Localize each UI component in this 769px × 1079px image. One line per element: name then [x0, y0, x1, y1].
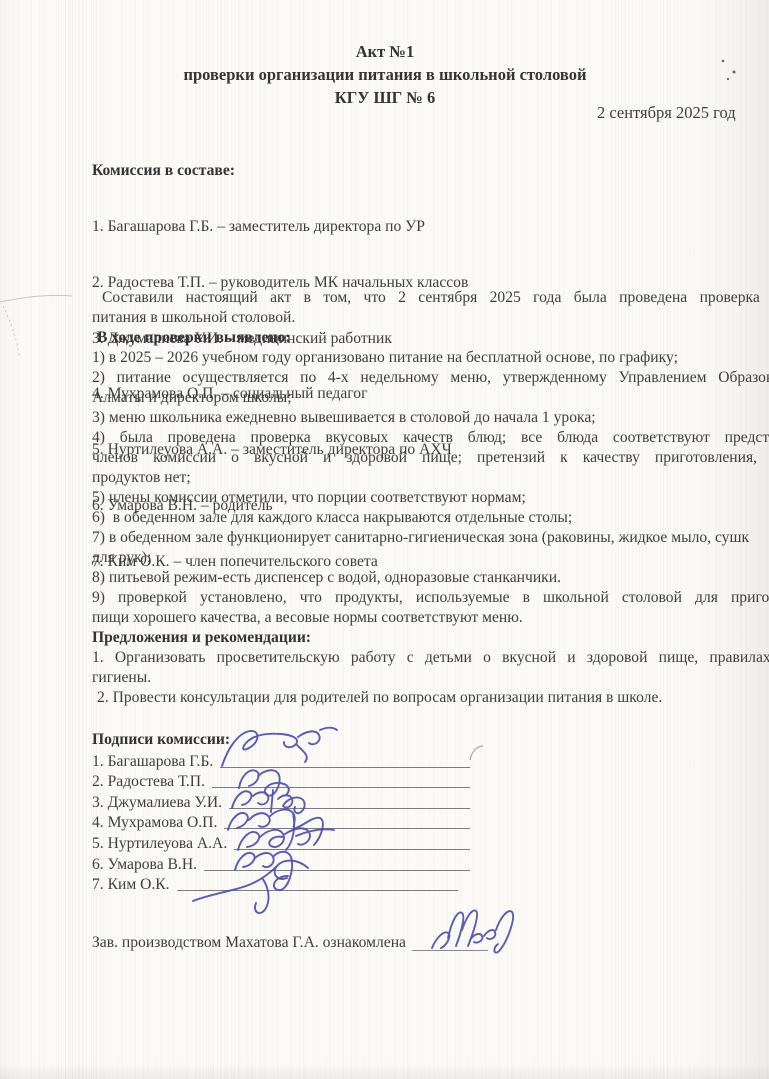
finding-line: 5) члены комиссии отметили, что порции с…	[92, 488, 769, 508]
signer-name: 1. Багашарова Г.Б.	[92, 753, 213, 771]
recommendation-line: гигиены.	[92, 668, 769, 688]
signature-row: 4. Мухрамова О.П.	[92, 812, 470, 833]
signature-row: 7. Ким О.К.	[92, 874, 470, 895]
commission-member: 1. Багашарова Г.Б. – заместитель директо…	[92, 218, 468, 237]
act-number-title: Акт №1	[0, 40, 769, 63]
signatures-title: Подписи комиссии:	[92, 729, 470, 750]
document-date: 2 сентября 2025 год	[597, 103, 736, 123]
finding-line: пищи хорошего качества, а весовые нормы …	[92, 608, 769, 628]
finding-line: Алматы и директором школы;	[92, 388, 769, 408]
findings-title: В ходе проверки выявлено:	[92, 328, 769, 348]
act-subtitle: проверки организации питания в школьной …	[0, 63, 769, 86]
finding-line: 9) проверкой установлено, что продукты, …	[92, 588, 769, 608]
signature-line	[229, 807, 470, 809]
document-header: Акт №1 проверки организации питания в шк…	[0, 40, 769, 109]
finding-line: 6) в обеденном зале для каждого класса н…	[92, 508, 769, 528]
signature-row: 1. Багашарова Г.Б.	[92, 750, 470, 771]
finding-line: 8) питьевой режим-есть диспенсер с водой…	[92, 568, 769, 588]
signature-line	[177, 889, 458, 891]
finding-line: 4) была проведена проверка вкусовых каче…	[92, 428, 769, 448]
finding-line: 7) в обеденном зале функционирует санита…	[92, 528, 769, 548]
acknowledgement-row: Зав. производством Махатова Г.А. ознаком…	[92, 932, 488, 952]
signer-name: 4. Мухрамова О.П.	[92, 814, 217, 832]
recommendation-line: 1. Организовать просветительскую работу …	[92, 648, 769, 668]
signature-line	[204, 869, 470, 871]
intro-line: питания в школьной столовой.	[92, 308, 769, 328]
commission-title: Комиссия в составе:	[92, 162, 468, 181]
signer-name: 2. Радостева Т.П.	[92, 773, 205, 791]
signatures-section: Подписи комиссии: 1. Багашарова Г.Б. 2. …	[92, 729, 470, 894]
intro-line: Составили настоящий акт в том, что 2 сен…	[92, 288, 769, 308]
signer-name: 7. Ким О.К.	[92, 876, 170, 894]
act-body: Составили настоящий акт в том, что 2 сен…	[92, 288, 769, 708]
finding-line: 2) питание осуществляется по 4-х недельн…	[92, 368, 769, 388]
signature-line	[224, 827, 470, 829]
signature-line	[212, 786, 470, 788]
pencil-mark	[3, 306, 20, 358]
pencil-mark	[0, 295, 72, 302]
finding-line: 1) в 2025 – 2026 учебном году организова…	[92, 348, 769, 368]
signature-row: 5. Нуртилеуова А.А.	[92, 832, 470, 853]
finding-line: членов комиссии о вкусной и здоровой пищ…	[92, 448, 769, 468]
signer-name: 3. Джумалиева У.И.	[92, 794, 222, 812]
finding-line: 3) меню школьника ежедневно вывешивается…	[92, 408, 769, 428]
pen-mark	[470, 746, 483, 760]
signature-row: 3. Джумалиева У.И.	[92, 791, 470, 812]
signature-row: 2. Радостева Т.П.	[92, 771, 470, 792]
signer-name: 5. Нуртилеуова А.А.	[92, 835, 227, 853]
recommendation-line: 2. Провести консультации для родителей п…	[92, 688, 769, 708]
acknowledgement-text: Зав. производством Махатова Г.А. ознаком…	[92, 934, 406, 952]
finding-line: продуктов нет;	[92, 468, 769, 488]
scanned-document-page: Акт №1 проверки организации питания в шк…	[0, 0, 769, 1079]
signature-row: 6. Умарова В.Н.	[92, 853, 470, 874]
signature-line	[234, 848, 470, 850]
finding-line: для рук);	[92, 548, 769, 568]
signer-name: 6. Умарова В.Н.	[92, 856, 197, 874]
signature-line	[220, 766, 470, 768]
signature-line	[412, 949, 488, 951]
recommendations-title: Предложения и рекомендации:	[92, 628, 769, 648]
